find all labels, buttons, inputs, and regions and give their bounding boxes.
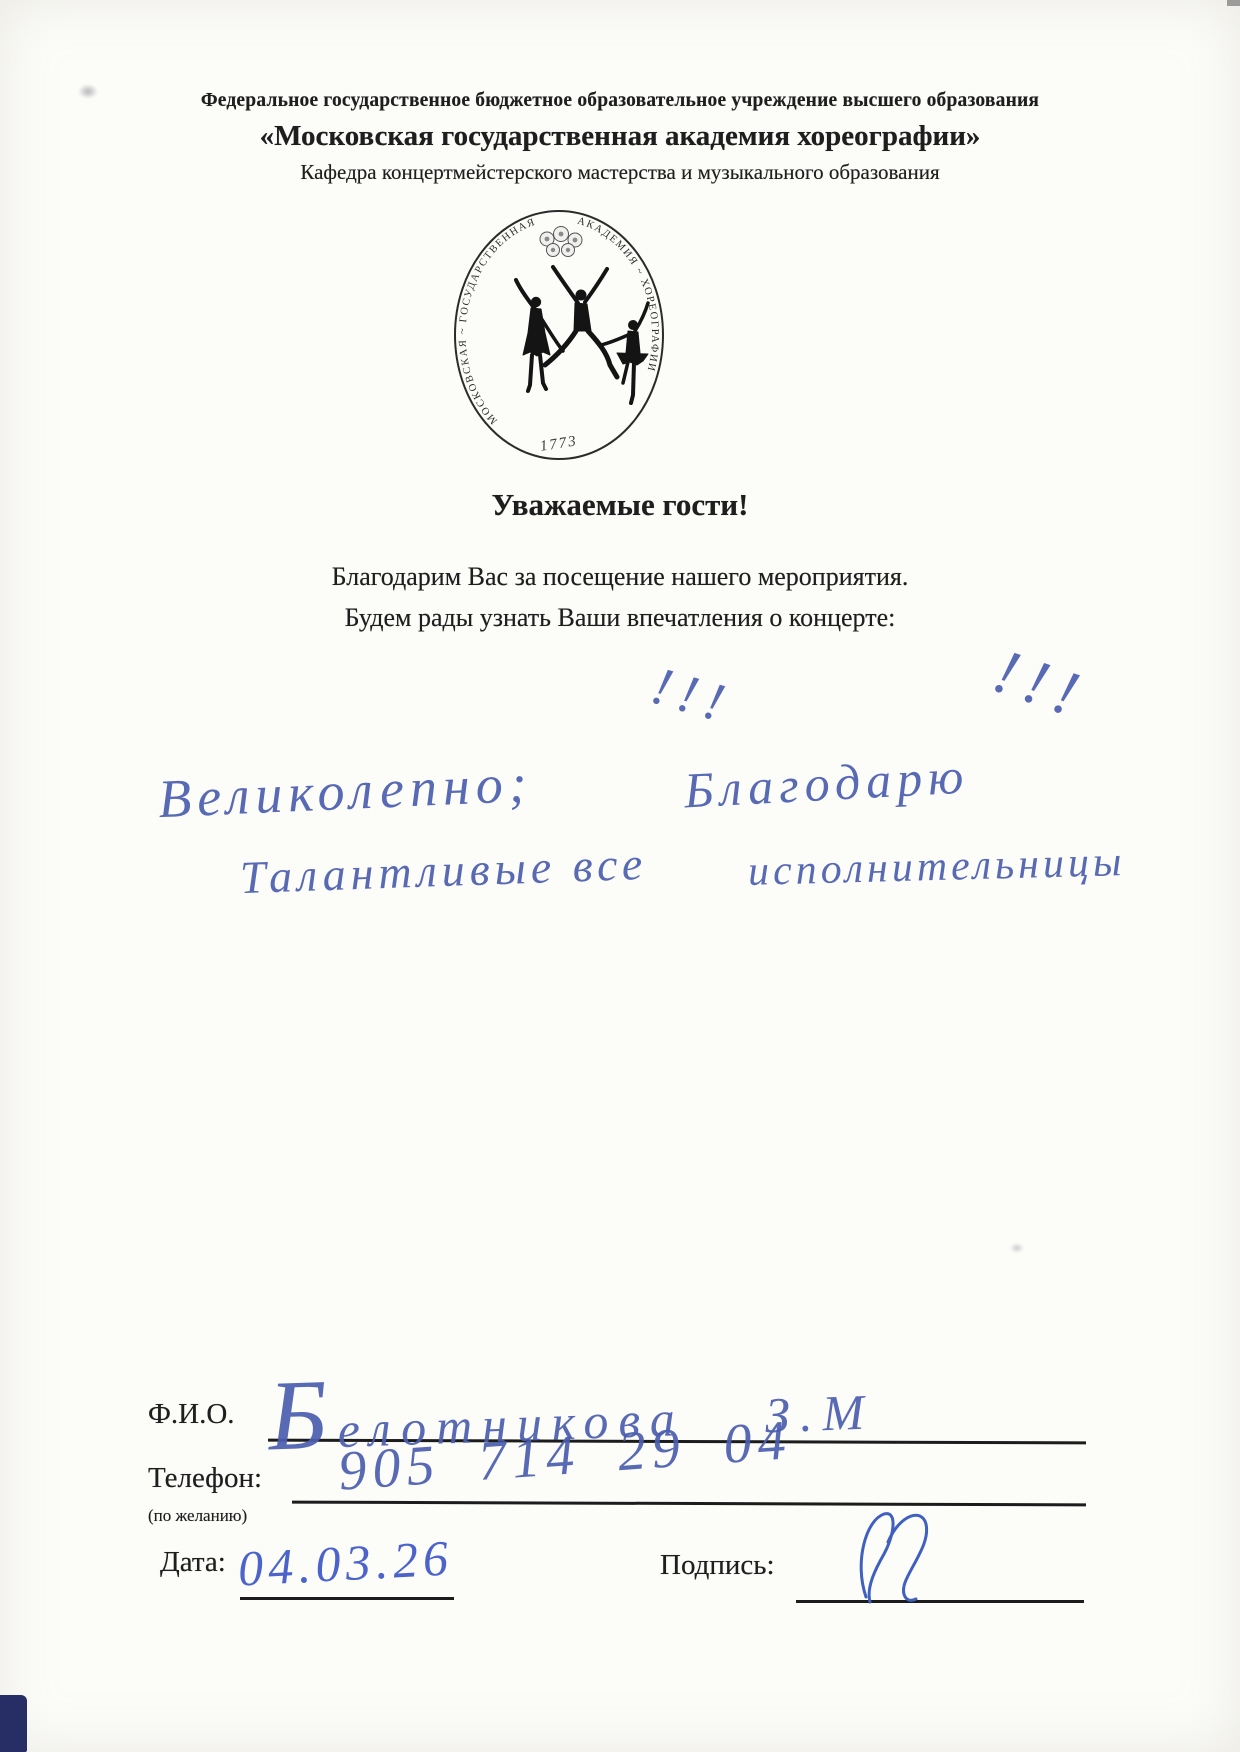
academy-emblem: МОСКОВСКАЯ ~ ГОСУДАРСТВЕННАЯ АКАДЕМИЯ ~ … [447, 205, 673, 467]
fio-label: Ф.И.О. [148, 1398, 235, 1431]
phone-line [292, 1501, 1086, 1506]
emblem-arc-text-left: МОСКОВСКАЯ ~ ГОСУДАРСТВЕННАЯ [458, 217, 538, 426]
academy-name: «Московская государственная академия хор… [0, 120, 1240, 153]
handwritten-feedback-word-1: Великолепно; [157, 756, 534, 826]
date-label: Дата: [160, 1546, 226, 1579]
document-header: Федеральное государственное бюджетное об… [0, 90, 1240, 185]
org-type-line: Федеральное государственное бюджетное об… [0, 90, 1240, 112]
body-line-1: Благодарим Вас за посещение нашего мероп… [0, 556, 1240, 597]
floral-crest-icon [540, 227, 582, 257]
scan-edge-artifact [1227, 0, 1240, 6]
handwritten-feedback-line2b: исполнительницы [748, 841, 1126, 893]
date-handwritten-value: 04.03.26 [237, 1532, 454, 1593]
handwritten-feedback-line2a: Талантливые все [239, 841, 648, 901]
signature-scribble [836, 1502, 966, 1614]
handwritten-exclamations-2: !!! [986, 638, 1096, 729]
date-line [240, 1597, 454, 1600]
body-text: Благодарим Вас за посещение нашего мероп… [0, 556, 1240, 638]
phone-label: Телефон: [148, 1462, 262, 1495]
scanned-feedback-form: Федеральное государственное бюджетное об… [0, 0, 1240, 1752]
dancers-figures [516, 267, 648, 403]
body-line-2: Будем рады узнать Ваши впечатления о кон… [0, 597, 1240, 638]
handwritten-exclamations-1: !!! [646, 658, 739, 732]
scan-smudge [78, 84, 98, 99]
handwritten-feedback-word-2: Благодарю [683, 751, 971, 816]
scan-corner-artifact [0, 1695, 27, 1752]
scan-smudge-small [1010, 1243, 1024, 1253]
signature-label: Подпись: [660, 1549, 775, 1582]
greeting-heading: Уважаемые гости! [0, 487, 1240, 523]
department-line: Кафедра концертмейстерского мастерства и… [0, 160, 1240, 185]
phone-optional-note: (по желанию) [148, 1506, 247, 1526]
emblem-year: 1773 [539, 433, 579, 455]
